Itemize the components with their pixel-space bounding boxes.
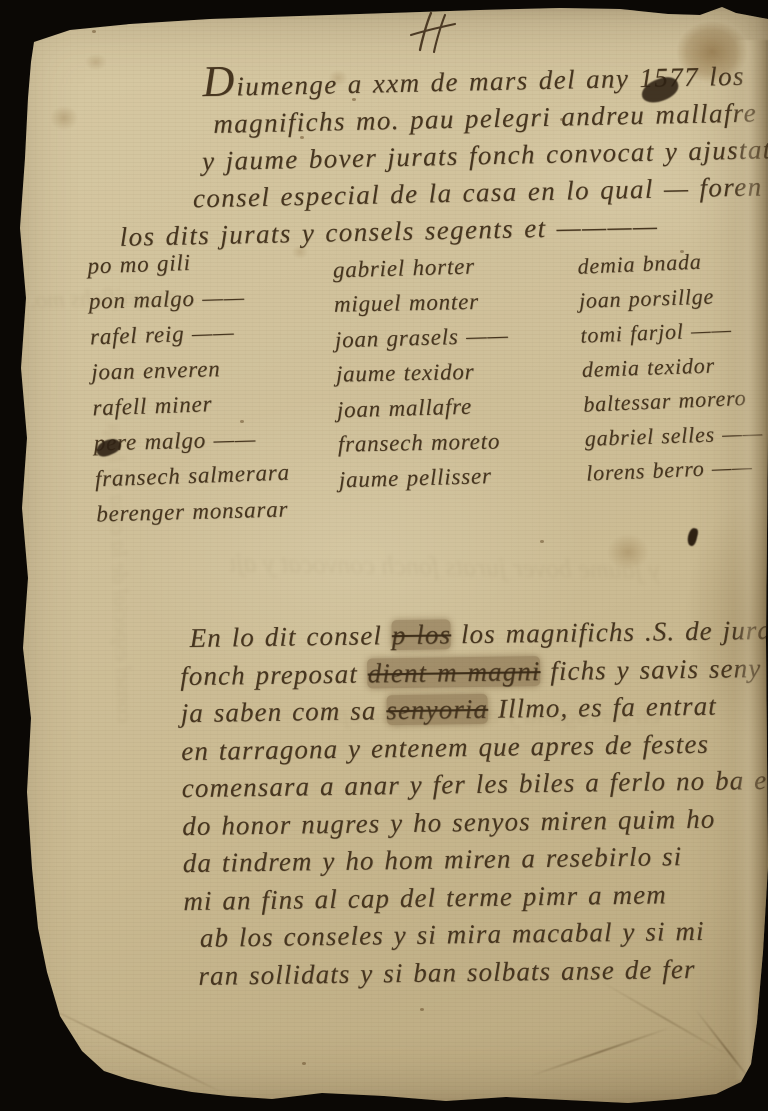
attendee-name: joan porsillge <box>579 282 758 322</box>
attendee-name: gabriel horter <box>333 253 508 293</box>
attendee-name: rafel reig —— <box>90 318 286 360</box>
page-edge-shading <box>733 40 768 1080</box>
text-segment: los magnifichs .S. de jurats <box>451 615 768 650</box>
attendee-name: pon malgo —— <box>88 283 284 324</box>
manuscript-page: 10 Diumenge a xxm de mars del any 1577 l… <box>0 0 768 1111</box>
attendee-name: fransech salmerara <box>95 460 291 502</box>
struck-text: p los <box>392 619 452 650</box>
manuscript-photograph: 10 Diumenge a xxm de mars del any 1577 l… <box>0 0 768 1111</box>
text-segment: Illmo, es fa entrat <box>488 691 717 724</box>
paper-crease <box>530 1026 672 1077</box>
attendee-column-2: gabriel horter miguel monter joan grasel… <box>333 253 514 503</box>
paper-speck <box>560 118 564 121</box>
attendee-name: joan mallafre <box>337 393 512 433</box>
attendee-name: pere malgo —— <box>93 425 289 466</box>
attendee-name: jaume texidor <box>336 358 510 396</box>
paper-speck <box>92 30 96 33</box>
attendee-name: berenger monsarar <box>96 496 292 537</box>
paper-speck <box>240 420 244 423</box>
struck-text: senyoria <box>386 694 488 725</box>
paper-speck <box>540 540 544 543</box>
text-segment: fichs y savis seny <box>540 652 761 685</box>
resolution-paragraph: En lo dit consel p los los magnifichs .S… <box>179 612 768 995</box>
attendee-name: rafell miner <box>92 389 288 431</box>
text-segment: ja saben com sa <box>180 695 386 728</box>
attendee-name: joan enveren <box>91 354 287 395</box>
attendee-name: po mo gili <box>87 247 283 289</box>
paragraph-line: ran sollidats y si ban solbats anse de f… <box>198 949 768 994</box>
attendee-column-1: po mo gili pon malgo —— rafel reig —— jo… <box>87 247 292 538</box>
text-segment: fonch preposat <box>180 658 368 691</box>
attendee-name: jaume pellisser <box>338 463 513 503</box>
paper-speck <box>352 98 356 101</box>
heading-cross-icon <box>408 10 458 54</box>
paper-speck <box>300 136 304 139</box>
paper-crease <box>45 1005 226 1094</box>
attendee-name: joan grasels —— <box>335 323 510 363</box>
bleed-through-text: y jaume bover jurats fonch convocat y aj… <box>230 548 660 586</box>
ink-blot <box>686 527 699 547</box>
attendee-name: miguel monter <box>334 288 508 326</box>
attendee-name: fransech moreto <box>338 428 512 466</box>
struck-text: dient m magni <box>367 656 540 688</box>
text-segment: En lo dit consel <box>189 620 392 653</box>
paper-speck <box>420 1008 424 1011</box>
paper-speck <box>302 1062 306 1065</box>
paper-speck <box>680 250 684 253</box>
folio-number: 10 <box>32 22 49 42</box>
